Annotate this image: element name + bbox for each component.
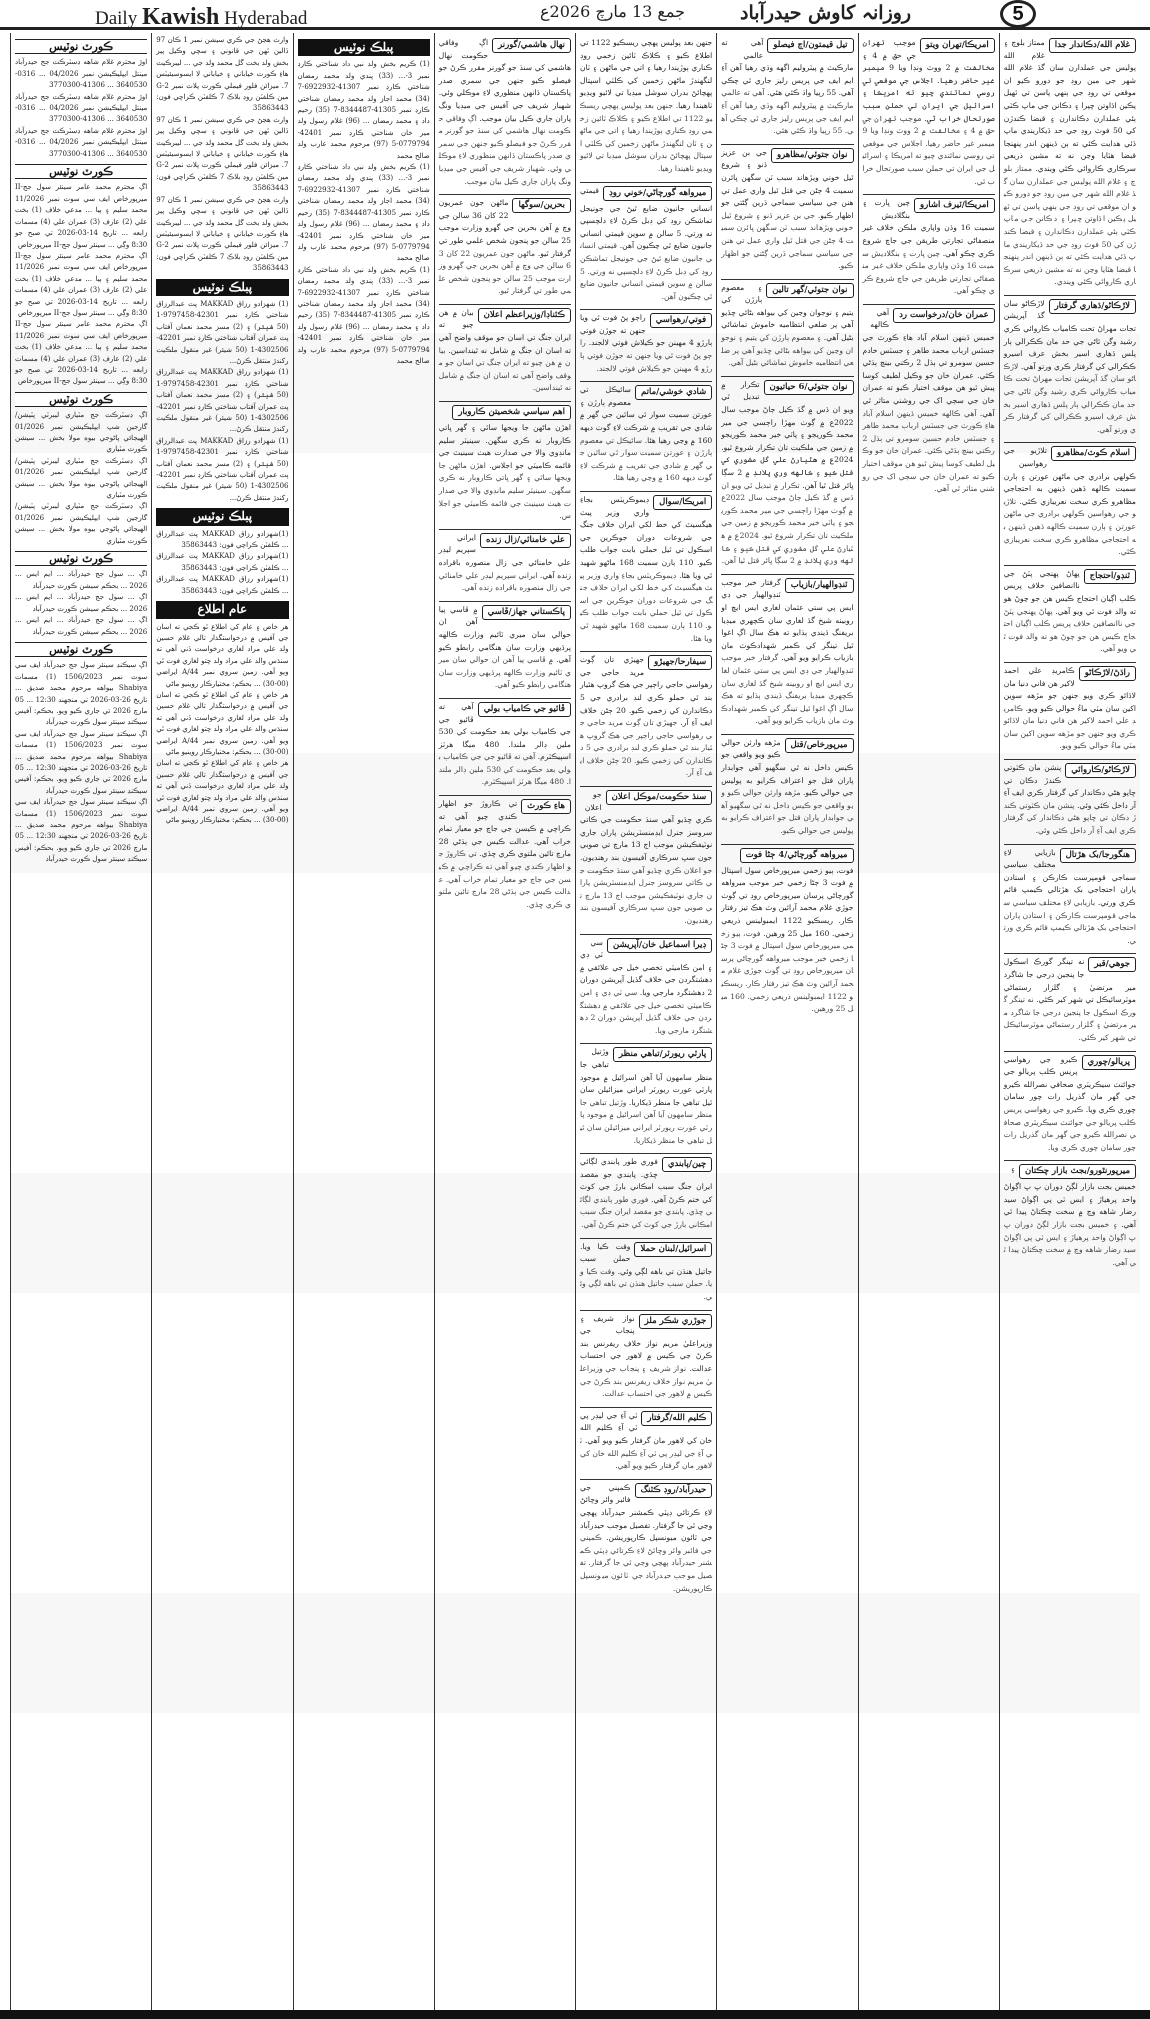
news-headline-box: چين/پابندي [662, 1157, 712, 1172]
news-headline-box: ڪئناڊا/وزيراعظم اعلان [478, 308, 571, 323]
notice-text: (1) شهزادو رزاق MAKKAD پٽ عبدالرزاق شناخ… [156, 299, 288, 367]
news-text: تڪرار ۾ تبديل ٿي ويو ان ڏس ۾ گڏ ڪيل ڄاڻ … [721, 380, 853, 490]
news-text-continuation: گرفتار خبر موجب ٽنڊوالهيار جي ڊي ايس پي … [721, 653, 853, 725]
news-item-body: ميرپورنٿورو/بجٽ بازار چڪتان۽ خميس بجت با… [1004, 1163, 1136, 1269]
news-item-body: امريڪا/تهران ويتوموجب تهران جي حق ۾ 4 ۽ … [863, 37, 995, 188]
news-item-body: ٽنڊوالهيار/بازيابگرفتار خبر موجب ٽنڊواله… [721, 577, 853, 728]
news-item: غلام الله/دڪاندار جداممتاز بلوچ ۽ غلام ا… [1004, 35, 1136, 289]
sindhi-masthead: روزانہ کاوش حيدرآباد [740, 2, 911, 24]
news-item: جوڙري شڪر ملزنواز شريف ۽ پنجاب جي وزيراع… [580, 1310, 712, 1401]
news-headline-box: ميرپورنٿورو/بجٽ بازار چڪتان [1019, 1164, 1136, 1179]
news-item: لاڙڪاڻو/ڌهاري گرفتارلاڙڪاڻو سان گڏ آپريش… [1004, 295, 1136, 437]
public-notice-heading: پبلڪ نوٽيس [156, 508, 288, 525]
news-item-body: نوان جتوئي/مظاهروجي بن عزيز ڏنو ۽ شروع ٿ… [721, 147, 853, 273]
court-notice-heading: ڪورٽ نوٽيس [15, 392, 147, 407]
notice-text: اڳ ... سول جج حيدرآباد ... ايم ايس ... 2… [15, 569, 147, 592]
public-notice-heading: عام اطلاع [156, 601, 288, 618]
bottom-rule [0, 2010, 1150, 2019]
news-headline-box: نوان جتوئي/6 حياتيون [764, 380, 854, 395]
news-headline-box: لاڙڪاڻو/ڪاروائي [1065, 763, 1136, 778]
notice-text: (1) ڪريم بخش ولد نبي داد شناختي ڪارڊ نمب… [298, 59, 430, 162]
news-item: اهم سياسي شخصيتن ڪاروباراهڙن ماڻهن جا وي… [439, 401, 571, 523]
notice-text: اوڙ محترم غلام شاهه ڊسٽرڪٽ جج حيدرآباد م… [15, 92, 147, 126]
news-text-continuation: موجب تهران جي حق ۾ 4 ۽ مخالفت ۾ 2 ووٽ ون… [863, 114, 995, 186]
news-item: بحرين/سوگهاماڻهن جون عمريون 22 کان 36 سا… [439, 194, 571, 298]
news-item-body: ميرپورخاص/قتلمڙهه وارثن حوالي ڪيو ويو وا… [721, 737, 853, 838]
notice-text: اڳ ڊسٽرڪٽ جج مٽياري ليبرٽي پٽيشن/گارجين … [15, 501, 147, 547]
news-headline-box: اسرائيل/لبنان حملا [634, 1242, 712, 1257]
news-item-body: بحرين/سوگهاماڻهن جون عمريون 22 کان 36 سا… [439, 197, 571, 298]
news-item-body: چين/پابنديفوري طور پابندي لڳائي ڇڏي. پاب… [580, 1156, 712, 1232]
news-headline-box: علي خامنائي/زال زنده [480, 533, 571, 548]
news-item: چين/پابنديفوري طور پابندي لڳائي ڇڏي. پاب… [580, 1153, 712, 1232]
notice-text: اڳ محترم محمد عامر سينئر سول جج-II ميرپو… [15, 251, 147, 319]
news-item-body: ڪليم الله/گرفتارٽي آءِ جي ليڊر پي ٽي آءِ… [580, 1410, 712, 1473]
news-item: ڦائيو جي ڪامياب بوليآهي ته ڦائيو جي جي ڪ… [439, 698, 571, 789]
news-item: حيدرآباد/روڊ ڪٽنگڪمپني جي فائبر وائر وڇا… [580, 1479, 712, 1595]
notice-text: اڳ سيڪنڊ سينئر سول جج حيدرآباد ايف سي سو… [15, 660, 147, 728]
news-item: نهال هاشمي/گورنراڳ وفاقي حڪومت نهال هاشم… [439, 35, 571, 188]
news-text: جنهن بعد پوليس پهچي ريسڪيو 1122 تي اطلاع… [580, 38, 712, 110]
news-item-body: لاڙڪاڻو/ڪاروائيپنشن مان ڪٽوتي ڪندڙ دڪان … [1004, 762, 1136, 838]
notice-text: اڳ محترم محمد عامر سينئر سول جج-II ميرپو… [15, 319, 147, 387]
news-item: هاءِ ڪورٽتي ڪاروڙ جو اظهار ڪندي چيو آهي … [439, 795, 571, 911]
news-text-continuation: ممتاز بلوچ ۽ غلام الله پوليس جي عملدارن … [1004, 164, 1136, 286]
news-item-body: نهال هاشمي/گورنراڳ وفاقي حڪومت نهال هاشم… [439, 37, 571, 188]
court-notice-heading: ڪورٽ نوٽيس [15, 551, 147, 566]
news-item: جنهن بعد پوليس پهچي ريسڪيو 1122 تي اطلاع… [580, 35, 712, 176]
news-item-body: لاڙڪاڻو/ڌهاري گرفتارلاڙڪاڻو سان گڏ آپريش… [1004, 298, 1136, 437]
news-item: امريڪا/تهران ويتوموجب تهران جي حق ۾ 4 ۽ … [863, 35, 995, 188]
news-headline-box: ڊيرا اسماعيل خان/آپريشن [607, 938, 712, 953]
news-item: امريڪا/ٽيرف اشاروچين ڀارت ۽ بنگلاديش سمي… [863, 194, 995, 298]
notice-text: اڳ ڊسٽرڪٽ جج مٽياري ليبرٽي پٽيشن/گارجين … [15, 456, 147, 502]
news-text: فوت، ٻيو زخمي ميرپورخاص سول اسپتال ۾ فوت… [721, 866, 853, 938]
notice-text: وارث هجڻ جي ڪري سيشن نمبر 1 ڪان 97 ڏالين… [156, 115, 288, 195]
news-item: پاڪستاني جهاز/ڦاسي۾ ڦاسي پيا آهن ان حوال… [439, 601, 571, 692]
court-notice-heading: ڪورٽ نوٽيس [15, 642, 147, 657]
newspaper-page: غلام الله/دڪاندار جداممتاز بلوچ ۽ غلام ا… [10, 33, 1140, 2013]
news-headline-box: هنگورجا/بک هڙتال [1060, 848, 1136, 863]
page-number-badge: 5 [1000, 0, 1036, 28]
news-headline-box: نهال هاشمي/گورنر [492, 38, 571, 53]
notice-text: هر خاص ۽ عام کي اطلاع ٿو ڪجي ته اسان جي … [156, 758, 288, 826]
news-item-body: ڦائيو جي ڪامياب بوليآهي ته ڦائيو جي جي ڪ… [439, 701, 571, 789]
news-item-body: اسلام ڪوٽ/مظاهروتلاڙيو جي رهواسين ڪولهي … [1004, 445, 1136, 558]
news-headline-box: اسلام ڪوٽ/مظاهرو [1051, 446, 1136, 461]
notice-text: هر خاص ۽ عام کي اطلاع ٿو ڪجي ته اسان جي … [156, 622, 288, 690]
news-item: سيفارحا/جهيڙوجهيڙي تان ڳوٺ مريد حاجي جي … [580, 651, 712, 780]
news-item-body: ڊيرا اسماعيل خان/آپريشنسي ٽي ڊي ۽ امن ڪا… [580, 937, 712, 1038]
news-headline-box: هاءِ ڪورٽ [521, 799, 571, 814]
notice-text: (1)شهزادو رزاق MAKKAD پٽ عبدالرزاق ... ڪ… [156, 574, 288, 597]
news-item: هنگورجا/بک هڙتالبازيابي لاءِ مختلف سياسي… [1004, 844, 1136, 948]
news-item-body: فوتي/رهواسيراڄو پڻ فوت ٿي ويا جنهن ته جو… [580, 312, 712, 375]
news-item-body: هاءِ ڪورٽتي ڪاروڙ جو اظهار ڪندي چيو آهي … [439, 798, 571, 911]
news-column: تيل قيمتون/اڄ فيصلوآهي ته عالمي مارڪيٽ ۾… [716, 33, 857, 2013]
news-headline-box: ٽنڊوالهيار/بازياب [785, 578, 854, 593]
news-item: سنڌ حڪومت/موڪل اعلانجو اعلان ڪري ڇڏيو آه… [580, 786, 712, 928]
news-item-body: جوڙري شڪر ملزنواز شريف ۽ پنجاب جي وزيراع… [580, 1313, 712, 1401]
notice-text: اوڙ محترم غلام شاهه ڊسٽرڪٽ جج حيدرآباد م… [15, 126, 147, 160]
news-item-body: امريڪا/سوالڊيموڪريٽس بجاءِ واري وزير پيٽ… [580, 494, 712, 645]
news-text: آهي ڪالهه خميس ڏينهن اسلام آباد هاءِ ڪور… [863, 308, 995, 418]
notice-text: وارث هجڻ جي ڪري سيشن نمبر 1 ڪان 97 ڏالين… [156, 195, 288, 275]
public-notice-heading: پبلڪ نوٽيس [156, 279, 288, 296]
news-headline-box: شادي خوشي/ماتم [635, 385, 712, 400]
masthead-city: Hyderabad [224, 8, 307, 29]
masthead: Daily Kawish Hyderabad جمع 13 مارچ 2026ع… [0, 0, 1150, 30]
news-headline-box: حيدرآباد/روڊ ڪٽنگ [635, 1483, 713, 1498]
court-column: ڪورٽ نوٽيساوڙ محترم غلام شاهه ڊسٽرڪٽ جج … [10, 33, 151, 2013]
news-item-body: سيفارحا/جهيڙوجهيڙي تان ڳوٺ مريد حاجي جي … [580, 654, 712, 780]
news-headline-box: اهم سياسي شخصيتن ڪاروبار [452, 405, 571, 420]
news-item: اسلام ڪوٽ/مظاهروتلاڙيو جي رهواسين ڪولهي … [1004, 442, 1136, 558]
issue-date: جمع 13 مارچ 2026ع [540, 2, 685, 21]
news-item: نوان جتوئي/گهر تالين۽ معصوم ٻارڙن کي يتي… [721, 279, 853, 370]
notice-text: وارث هجڻ جي ڪري سيشن نمبر 1 ڪان 97 ڏالين… [156, 35, 288, 115]
news-item-body: ٽنڊو/احتجاجپهاڻ پهنجي پٽڻ جي ناانصافين خ… [1004, 568, 1136, 656]
news-item: فوتي/رهواسيراڄو پڻ فوت ٿي ويا جنهن ته جو… [580, 309, 712, 375]
news-item-body: حيدرآباد/روڊ ڪٽنگڪمپني جي فائبر وائر وڇا… [580, 1482, 712, 1595]
notice-column: وارث هجڻ جي ڪري سيشن نمبر 1 ڪان 97 ڏالين… [151, 33, 292, 2013]
news-text-continuation: فوت، ٻيو زخمي ميرپورخاص سول اسپتال ۾ فوت… [721, 929, 853, 1014]
news-headline-box: سنڌ حڪومت/موڪل اعلان [606, 790, 713, 805]
news-text-continuation: ۾ ڦاسي پيا آهن ان حوالي سان ميري ٽائيم و… [439, 655, 571, 689]
news-item: تيل قيمتون/اڄ فيصلوآهي ته عالمي مارڪيٽ ۾… [721, 35, 853, 138]
news-text-continuation: آهي ڪالهه خميس ڏينهن اسلام آباد هاءِ ڪور… [863, 409, 995, 494]
notice-text: اڳ ... سول جج حيدرآباد ... ايم ايس ... 2… [15, 615, 147, 638]
news-headline-box: پارٽي ريورٽر/تباهي منظر [613, 1047, 712, 1062]
news-item: جوهي/قبرنه تينگر گورڪ اسڪول جا پنجين درج… [1004, 953, 1136, 1044]
news-headline-box: فوتي/رهواسي [650, 313, 713, 328]
notice-text: (1) شهزادو رزاق MAKKAD پٽ عبدالرزاق شناخ… [156, 367, 288, 435]
news-item-body: غلام الله/دڪاندار جداممتاز بلوچ ۽ غلام ا… [1004, 37, 1136, 289]
notice-text: اڳ ڊسٽرڪٽ جج مٽياري ليبرٽي پٽيشن/گارجين … [15, 410, 147, 456]
news-item-body: جوهي/قبرنه تينگر گورڪ اسڪول جا پنجين درج… [1004, 956, 1136, 1044]
news-column: غلام الله/دڪاندار جداممتاز بلوچ ۽ غلام ا… [999, 33, 1140, 2013]
notice-text: اڳ سيڪنڊ سينئر سول جج حيدرآباد ايف سي سو… [15, 729, 147, 797]
news-item: ميرواهه گورچاڻي/4 ڄڻا فوتفوت، ٻيو زخمي م… [721, 844, 853, 1016]
news-item: اسرائيل/لبنان حملاوقت ڪيا ويا. حملن سبب … [580, 1238, 712, 1304]
notice-text: (1)شهزادو رزاق MAKKAD پٽ عبدالرزاق ... ڪ… [156, 529, 288, 552]
news-headline-box: ڪليم الله/گرفتار [641, 1411, 712, 1426]
news-headline-box: تيل قيمتون/اڄ فيصلو [767, 38, 853, 53]
news-headline-box: ٽنڊو/احتجاج [1084, 569, 1136, 584]
english-masthead: Daily Kawish Hyderabad [95, 4, 307, 31]
news-item-body: ميرواهه گورچاڻي/خوني روڊقيمتي انساني جان… [580, 185, 712, 304]
news-text-continuation: ۽ خميس بجت بازار لڳڻ دوران ڀ ڀ اڳواڻ واح… [1004, 1220, 1136, 1267]
news-item-body: اهم سياسي شخصيتن ڪاروباراهڙن ماڻهن جا وي… [439, 404, 571, 523]
news-item: ڪليم الله/گرفتارٽي آءِ جي ليڊر پي ٽي آءِ… [580, 1407, 712, 1473]
news-headline-box: ميرپورخاص/قتل [785, 738, 854, 753]
news-headline-box: نوان جتوئي/مظاهرو [771, 148, 853, 163]
news-item: ميرپورنٿورو/بجٽ بازار چڪتان۽ خميس بجت با… [1004, 1160, 1136, 1269]
news-headline-box: امريڪا/تهران ويتو [920, 38, 995, 53]
notice-text: (1)شهزادو رزاق MAKKAD پٽ عبدالرزاق ... ڪ… [156, 551, 288, 574]
news-item-body: پريالو/چوريڪيرو جي رهواسي پريس ڪلب پريال… [1004, 1054, 1136, 1155]
court-notice-heading: ڪورٽ نوٽيس [15, 39, 147, 54]
news-item: امريڪا/سوالڊيموڪريٽس بجاءِ واري وزير پيٽ… [580, 491, 712, 645]
masthead-brand: Kawish [142, 4, 219, 30]
news-headline-box: غلام الله/دڪاندار جدا [1049, 38, 1136, 53]
news-text-continuation: اڳ وفاقي حڪومت نهال هاشمي کي سنڌ جو گورن… [439, 114, 571, 186]
news-item-body: راڌڻ/لاڙڪاڻوڪامريڊ علي احمد لاکير هن فان… [1004, 665, 1136, 753]
news-item: نوان جتوئي/مظاهروجي بن عزيز ڏنو ۽ شروع ٿ… [721, 144, 853, 273]
news-item-body: ميرواهه گورچاڻي/4 ڄڻا فوتفوت، ٻيو زخمي م… [721, 847, 853, 1016]
news-item: راڌڻ/لاڙڪاڻوڪامريڊ علي احمد لاکير هن فان… [1004, 662, 1136, 753]
masthead-prefix: Daily [95, 8, 137, 29]
notice-text: (1) شهزادو رزاق MAKKAD پٽ عبدالرزاق شناخ… [156, 436, 288, 504]
news-item-body: علي خامنائي/زال زندهايراني سپريم ليڊر عل… [439, 532, 571, 595]
news-item-body: پارٽي ريورٽر/تباهي منظروڙتيل تباهي جا من… [580, 1046, 712, 1147]
news-headline-box: امريڪا/ٽيرف اشارو [914, 198, 995, 213]
news-text-continuation: جو اعلان ڪري ڇڏيو آهي سنڌ حڪومت جي ڪاتي … [580, 866, 712, 925]
news-column: نهال هاشمي/گورنراڳ وفاقي حڪومت نهال هاشم… [434, 33, 575, 2013]
news-headline-box: نوان جتوئي/گهر تالين [766, 283, 853, 298]
news-item-body: سنڌ حڪومت/موڪل اعلانجو اعلان ڪري ڇڏيو آه… [580, 789, 712, 928]
news-item: ڊيرا اسماعيل خان/آپريشنسي ٽي ڊي ۽ امن ڪا… [580, 934, 712, 1038]
news-item: عمران خان/درخواست ردآهي ڪالهه خميس ڏينهن… [863, 304, 995, 496]
news-headline-box: جوڙري شڪر ملز [639, 1314, 713, 1329]
news-item: لاڙڪاڻو/ڪاروائيپنشن مان ڪٽوتي ڪندڙ دڪان … [1004, 759, 1136, 838]
notice-text: اوڙ محترم غلام شاهه ڊسٽرڪٽ جج حيدرآباد م… [15, 57, 147, 91]
news-item-body: شادي خوشي/ماتمسائيڪل تي معصوم ٻارڙن ۽ عو… [580, 384, 712, 485]
news-item-body: ڪئناڊا/وزيراعظم اعلانبيان ۾ هن چيو ته اي… [439, 307, 571, 395]
notice-text: هر خاص ۽ عام کي اطلاع ٿو ڪجي ته اسان جي … [156, 690, 288, 758]
news-headline-box: ڦائيو جي ڪامياب بولي [478, 702, 571, 717]
public-notice-heading: پبلڪ نوٽيس [298, 39, 430, 56]
news-item: علي خامنائي/زال زندهايراني سپريم ليڊر عل… [439, 529, 571, 595]
news-headline-box: سيفارحا/جهيڙو [648, 655, 712, 670]
news-headline-box: ميرواهه گورچاڻي/4 ڄڻا فوت [740, 848, 854, 863]
news-item: پريالو/چوريڪيرو جي رهواسي پريس ڪلب پريال… [1004, 1051, 1136, 1155]
news-item-body: عمران خان/درخواست ردآهي ڪالهه خميس ڏينهن… [863, 307, 995, 496]
news-text: ممتاز بلوچ ۽ غلام الله پوليس جي عملدارن … [1004, 38, 1136, 173]
news-item-body: نوان جتوئي/6 حياتيونتڪرار ۾ تبديل ٿي ويو… [721, 379, 853, 568]
news-headline-box: عمران خان/درخواست رد [893, 308, 995, 323]
news-headline-box: بحرين/سوگها [512, 198, 571, 213]
news-item: ميرپورخاص/قتلمڙهه وارثن حوالي ڪيو ويو وا… [721, 734, 853, 838]
news-headline-box: امريڪا/سوال [653, 495, 712, 510]
notice-text: اڳ سيڪنڊ سينئر سول جج حيدرآباد ايف سي سو… [15, 797, 147, 865]
news-item: نوان جتوئي/6 حياتيونتڪرار ۾ تبديل ٿي ويو… [721, 376, 853, 568]
news-item: ميرواهه گورچاڻي/خوني روڊقيمتي انساني جان… [580, 182, 712, 304]
news-item-body: امريڪا/ٽيرف اشاروچين ڀارت ۽ بنگلاديش سمي… [863, 197, 995, 298]
news-item-body: اسرائيل/لبنان حملاوقت ڪيا ويا. حملن سبب … [580, 1241, 712, 1304]
news-item-body: تيل قيمتون/اڄ فيصلوآهي ته عالمي مارڪيٽ ۾… [721, 37, 853, 138]
news-column: جنهن بعد پوليس پهچي ريسڪيو 1122 تي اطلاع… [575, 33, 716, 2013]
news-headline-box: پريالو/چوري [1082, 1055, 1137, 1070]
news-item: ٽنڊوالهيار/بازيابگرفتار خبر موجب ٽنڊواله… [721, 574, 853, 728]
notice-text: اڳ محترم محمد عامر سينئر سول جج-II ميرپو… [15, 182, 147, 250]
court-notice-heading: ڪورٽ نوٽيس [15, 164, 147, 179]
notice-text: (1) ڪريم بخش ولد نبي داد شناختي ڪارڊ نمب… [298, 265, 430, 368]
notice-text: اڳ ... سول جج حيدرآباد ... ايم ايس ... 2… [15, 592, 147, 615]
news-item: ٽنڊو/احتجاجپهاڻ پهنجي پٽڻ جي ناانصافين خ… [1004, 565, 1136, 656]
news-item-body: پاڪستاني جهاز/ڦاسي۾ ڦاسي پيا آهن ان حوال… [439, 604, 571, 692]
news-item-body: نوان جتوئي/گهر تالين۽ معصوم ٻارڙن کي يتي… [721, 282, 853, 370]
news-headline-box: پاڪستاني جهاز/ڦاسي [482, 605, 571, 620]
news-text-continuation: لاڙڪاڻو سان گڏ آپريشن تجات مهراڻ تحت ڪام… [1004, 362, 1136, 434]
notice-column: پبلڪ نوٽيس(1) ڪريم بخش ولد نبي داد شناخت… [293, 33, 434, 2013]
news-text-continuation: تڪرار ۾ تبديل ٿي ويو ان ڏس ۾ گڏ ڪيل ڄاڻ … [721, 481, 853, 566]
notice-text: (1) ڪريم بخش ولد نبي داد شناختي ڪارڊ نمب… [298, 162, 430, 265]
news-item: پارٽي ريورٽر/تباهي منظروڙتيل تباهي جا من… [580, 1043, 712, 1147]
news-item: شادي خوشي/ماتمسائيڪل تي معصوم ٻارڙن ۽ عو… [580, 381, 712, 485]
news-column: امريڪا/تهران ويتوموجب تهران جي حق ۾ 4 ۽ … [858, 33, 999, 2013]
news-item-body: جنهن بعد پوليس پهچي ريسڪيو 1122 تي اطلاع… [580, 37, 712, 176]
news-text-continuation: جنهن بعد پوليس پهچي ريسڪيو 1122 تي اطلاع… [580, 101, 712, 173]
news-headline-box: راڌڻ/لاڙڪاڻو [1079, 666, 1136, 681]
news-headline-box: جوهي/قبر [1088, 957, 1136, 972]
news-item: ڪئناڊا/وزيراعظم اعلانبيان ۾ هن چيو ته اي… [439, 304, 571, 395]
news-text-continuation: ڊيموڪريٽس بجاءِ واري وزير پيٽ هيگسيٿ کي … [580, 571, 712, 643]
news-headline-box: ميرواهه گورچاڻي/خوني روڊ [603, 186, 712, 201]
news-headline-box: لاڙڪاڻو/ڌهاري گرفتار [1049, 299, 1136, 314]
news-item-body: هنگورجا/بک هڙتالبازيابي لاءِ مختلف سياسي… [1004, 847, 1136, 948]
